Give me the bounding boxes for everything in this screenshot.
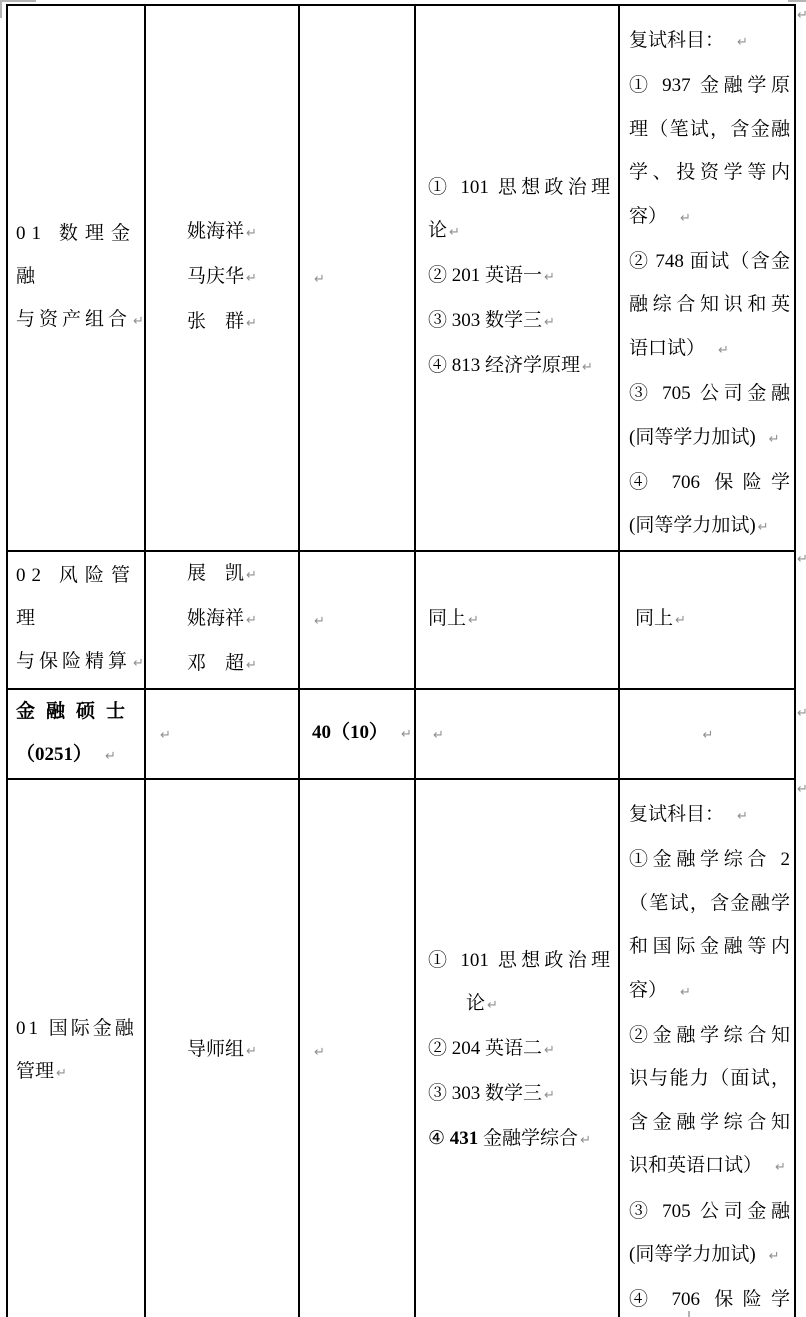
exam-cell: ① 101 思想政治理 论↵ ② 204 英语二↵ ③ 303 数学三↵ ④ 4… — [415, 779, 619, 1317]
quota-cell: 40（10）↵ — [299, 689, 415, 779]
exam-line: 论↵ — [428, 982, 610, 1027]
exam-line: ③ 303 数学三↵ — [428, 1072, 610, 1117]
retest-line: (同等学力加试)↵ — [629, 504, 790, 549]
program-cell: 金融硕士 （0251）↵ — [7, 689, 145, 779]
paragraph-mark: ↵ — [246, 568, 257, 583]
row-end-mark: ↵ — [797, 782, 806, 797]
paragraph-mark: ↵ — [775, 1160, 786, 1175]
retest-line: ③ 705 公司金融 — [629, 372, 790, 415]
retest-cell: ↵ — [619, 689, 795, 779]
retest-line: 学、投资学等内 — [629, 151, 790, 194]
quota-cell: ↵ — [299, 5, 415, 551]
paragraph-mark: ↵ — [487, 998, 498, 1013]
retest-text: 语口试） — [629, 338, 705, 359]
paragraph-mark: ↵ — [675, 613, 686, 628]
paragraph-mark: ↵ — [246, 613, 257, 628]
paragraph-mark: ↵ — [680, 985, 691, 1000]
paragraph-mark: ↵ — [680, 211, 691, 226]
same-as-above-text: 同上 — [428, 608, 466, 629]
admissions-table: 01 数理金融 与资产组合↵ 姚海祥↵ 马庆华↵ 张 群↵ ↵ ① 101 思想… — [6, 4, 796, 1317]
retest-line: 容）↵ — [629, 195, 790, 240]
advisor-name: 马庆华↵ — [154, 255, 290, 300]
retest-line: 识和英语口试）↵ — [629, 1144, 790, 1189]
retest-line: ① 937 金融学原 — [629, 64, 790, 107]
paragraph-mark: ↵ — [246, 658, 257, 673]
advisor-name: 姚海祥↵ — [154, 210, 290, 255]
paragraph-mark: ↵ — [246, 271, 257, 286]
retest-line: ④ 706 保险学 — [629, 1278, 790, 1317]
exam-text: ③ 303 数学三 — [428, 1083, 542, 1104]
retest-line: ② 748 面试（含金 — [629, 240, 790, 283]
exam-line: ① 101 思想政治理 — [428, 939, 610, 982]
exam-text: ④ — [428, 1128, 450, 1149]
advisors-cell: 展 凯↵ 姚海祥↵ 邓 超↵ — [145, 551, 299, 689]
exam-text: ② 204 英语二 — [428, 1038, 542, 1059]
advisor-name: 张 群↵ — [154, 300, 290, 345]
paragraph-mark: ↵ — [246, 316, 257, 331]
program-text: 与保险精算 — [16, 651, 131, 672]
advisor-text: 姚海祥 — [187, 608, 244, 629]
retest-line: (同等学力加试)↵ — [629, 416, 790, 461]
retest-line: ③ 705 公司金融 — [629, 1190, 790, 1233]
retest-line: 语口试）↵ — [629, 327, 790, 372]
retest-line: (同等学力加试)↵ — [629, 1233, 790, 1278]
program-line: 金融硕士 — [16, 690, 136, 733]
exam-cell: ↵ — [415, 689, 619, 779]
exam-line: ④ 813 经济学原理↵ — [428, 344, 610, 389]
program-text: 管理 — [16, 1061, 54, 1082]
exam-line: ① 101 思想政治理 — [428, 166, 610, 209]
exam-line: ④ 431 金融学综合↵ — [428, 1117, 610, 1162]
retest-text: (同等学力加试) — [629, 515, 756, 536]
paragraph-mark: ↵ — [769, 432, 780, 447]
program-line: 与保险精算↵ — [16, 640, 136, 685]
exam-line: ② 204 英语二↵ — [428, 1027, 610, 1072]
advisors-cell: 导师组↵ — [145, 779, 299, 1317]
advisor-text: 张 群 — [187, 311, 244, 332]
text-boundary-mark-top-left — [0, 0, 36, 2]
document-page: 01 数理金融 与资产组合↵ 姚海祥↵ 马庆华↵ 张 群↵ ↵ ① 101 思想… — [0, 0, 806, 1317]
program-line: 01 国际金融 — [16, 1007, 136, 1050]
paragraph-mark: ↵ — [544, 315, 555, 330]
paragraph-mark: ↵ — [703, 728, 714, 743]
paragraph-mark: ↵ — [246, 1044, 257, 1059]
retest-line: ②金融学综合知 — [629, 1014, 790, 1057]
exam-cell: ① 101 思想政治理 论↵ ② 201 英语一↵ ③ 303 数学三↵ ④ 8… — [415, 5, 619, 551]
program-line: 02 风险管理 — [16, 554, 136, 640]
retest-text: (同等学力加试) — [629, 1244, 756, 1265]
exam-text: ③ 303 数学三 — [428, 310, 542, 331]
advisor-text: 展 凯 — [187, 563, 244, 584]
paragraph-mark: ↵ — [314, 614, 325, 629]
row-end-mark: ↵ — [797, 706, 806, 721]
retest-line: 容）↵ — [629, 969, 790, 1014]
program-line: （0251）↵ — [16, 733, 136, 778]
program-cell: 02 风险管理 与保险精算↵ — [7, 551, 145, 689]
paragraph-mark: ↵ — [737, 35, 748, 50]
paragraph-mark: ↵ — [468, 613, 479, 628]
same-as-above-text: 同上 — [635, 608, 673, 629]
retest-line: 复试科目：↵ — [629, 793, 790, 838]
advisor-text: 马庆华 — [187, 266, 244, 287]
text-boundary-mark-top-left-vertical — [0, 0, 2, 18]
retest-line: （笔试，含金融学 — [629, 882, 790, 925]
quota-value: 40（10）↵ — [312, 711, 406, 756]
retest-cell: 同上↵ — [619, 551, 795, 689]
exam-text: ② 201 英语一 — [428, 265, 542, 286]
paragraph-mark: ↵ — [580, 1133, 591, 1148]
retest-line: 复试科目：↵ — [629, 19, 790, 64]
exam-text: 论 — [466, 993, 485, 1014]
paragraph-mark: ↵ — [769, 1249, 780, 1264]
exam-text: ④ 813 经济学原理 — [428, 355, 580, 376]
exam-line: ② 201 英语一↵ — [428, 254, 610, 299]
retest-text: (同等学力加试) — [629, 427, 756, 448]
retest-line: 理（笔试，含金融 — [629, 108, 790, 151]
advisor-name: 姚海祥↵ — [154, 597, 290, 642]
retest-text: 容） — [629, 206, 667, 227]
paragraph-mark: ↵ — [401, 727, 412, 742]
retest-text: 容） — [629, 980, 667, 1001]
paragraph-mark: ↵ — [433, 728, 444, 743]
retest-cell: 复试科目：↵ ①金融学综合 2 （笔试，含金融学 和国际金融等内 容）↵ ②金融… — [619, 779, 795, 1317]
paragraph-mark: ↵ — [544, 1088, 555, 1103]
paragraph-mark: ↵ — [737, 809, 748, 824]
same-as-above: 同上↵ — [428, 597, 610, 642]
paragraph-mark: ↵ — [314, 1045, 325, 1060]
paragraph-mark: ↵ — [133, 656, 144, 671]
advisors-cell: 姚海祥↵ 马庆华↵ 张 群↵ — [145, 5, 299, 551]
same-as-above: 同上↵ — [635, 597, 786, 642]
paragraph-mark: ↵ — [246, 226, 257, 241]
exam-text: 论 — [428, 220, 447, 241]
row-end-mark: ↵ — [797, 8, 806, 23]
exam-line: 论↵ — [428, 209, 610, 254]
paragraph-mark: ↵ — [160, 728, 171, 743]
paragraph-mark: ↵ — [582, 360, 593, 375]
advisor-name: 展 凯↵ — [154, 552, 290, 597]
retest-line: 识与能力（面试， — [629, 1057, 790, 1100]
advisor-name: 导师组↵ — [154, 1028, 290, 1073]
paragraph-mark: ↵ — [105, 749, 116, 764]
exam-cell: 同上↵ — [415, 551, 619, 689]
paragraph-mark: ↵ — [314, 272, 325, 287]
retest-text: 识和英语口试） — [629, 1155, 762, 1176]
quota-cell: ↵ — [299, 779, 415, 1317]
program-line: 管理↵ — [16, 1050, 136, 1095]
advisor-text: 姚海祥 — [187, 221, 244, 242]
paragraph-mark: ↵ — [758, 520, 769, 535]
advisor-text: 导师组 — [187, 1039, 244, 1060]
paragraph-mark: ↵ — [56, 1066, 67, 1081]
retest-line: ④ 706 保险学 — [629, 461, 790, 504]
row-finance-masters-0251: 金融硕士 （0251）↵ ↵ 40（10）↵ ↵ ↵ — [7, 689, 795, 779]
program-text: 与资产组合 — [16, 309, 131, 330]
paragraph-mark: ↵ — [133, 314, 144, 329]
quota-cell: ↵ — [299, 551, 415, 689]
row-end-mark: ↵ — [797, 552, 806, 567]
program-line: 与资产组合↵ — [16, 298, 136, 343]
retest-text: 复试科目： — [629, 804, 724, 825]
exam-code-bold: 431 — [450, 1128, 479, 1149]
program-cell: 01 国际金融 管理↵ — [7, 779, 145, 1317]
program-cell: 01 数理金融 与资产组合↵ — [7, 5, 145, 551]
paragraph-mark: ↵ — [544, 270, 555, 285]
retest-line: 含金融学综合知 — [629, 1101, 790, 1144]
exam-line: ③ 303 数学三↵ — [428, 299, 610, 344]
row-01-international-finance: 01 国际金融 管理↵ 导师组↵ ↵ ① 101 思想政治理 论↵ ② 204 … — [7, 779, 795, 1317]
program-text: （0251） — [16, 744, 92, 765]
paragraph-mark: ↵ — [449, 225, 460, 240]
exam-text: 金融学综合 — [478, 1128, 578, 1149]
advisor-text: 邓 超 — [187, 653, 244, 674]
retest-text: 复试科目： — [629, 30, 724, 51]
row-01-math-finance: 01 数理金融 与资产组合↵ 姚海祥↵ 马庆华↵ 张 群↵ ↵ ① 101 思想… — [7, 5, 795, 551]
program-line: 01 数理金融 — [16, 212, 136, 298]
retest-line: 融综合知识和英 — [629, 283, 790, 326]
quota-text: 40（10） — [312, 722, 388, 743]
advisor-name: 邓 超↵ — [154, 642, 290, 687]
row-02-risk-insurance: 02 风险管理 与保险精算↵ 展 凯↵ 姚海祥↵ 邓 超↵ ↵ 同上↵ 同上↵ — [7, 551, 795, 689]
text-boundary-mark-top-right — [788, 0, 806, 2]
retest-line: 和国际金融等内 — [629, 925, 790, 968]
paragraph-mark: ↵ — [544, 1043, 555, 1058]
advisors-cell: ↵ — [145, 689, 299, 779]
retest-cell: 复试科目：↵ ① 937 金融学原 理（笔试，含金融 学、投资学等内 容）↵ ②… — [619, 5, 795, 551]
retest-line: ①金融学综合 2 — [629, 838, 790, 881]
paragraph-mark: ↵ — [718, 343, 729, 358]
